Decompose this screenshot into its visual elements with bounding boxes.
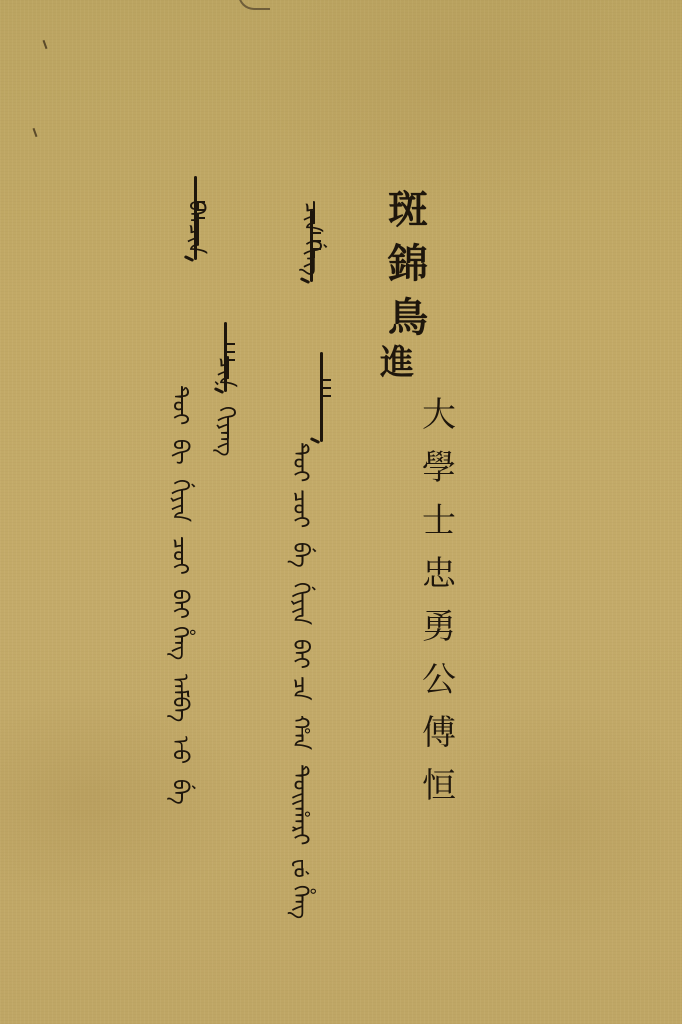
submitted-char: 進 xyxy=(380,346,414,380)
manchu-column-5: ᡨᡠᡳ ᠪᡳ ᡤᡳᠶᡳᠨ ᠴᠣᡳ ᠪᠠᡳ ᡥᡝᠩ ᠠᠮᠪᠠ ᡝᠣ ᠪᡝ xyxy=(160,385,198,818)
manchu-word: ᡨᡠᡳ xyxy=(160,385,198,425)
manchu-word: ᠪᡳ xyxy=(160,439,198,465)
stray-ink-mark xyxy=(33,128,38,137)
silk-scroll: 斑 錦 鳥 進 大 學 士 忠 勇 公 傅 恒 ᠴᡳᠨ ᡤᡳᠩ ᠪᠠᠨᠴᡳᠨ ᠴ… xyxy=(0,0,682,1024)
official-char: 學 xyxy=(422,451,456,485)
title-char: 斑 xyxy=(388,190,428,230)
manchu-word: ᠪᡝ xyxy=(160,779,198,805)
manchu-word: ᡨᡠᡳᡥᠠᡵᡳ xyxy=(281,764,319,845)
manchu-word: ᡥᠠᠨ xyxy=(281,715,319,750)
stray-ink-mark xyxy=(43,40,48,49)
official-char: 公 xyxy=(422,663,456,697)
manchu-word: ᡤᡳᠶᡳᠨ xyxy=(160,479,198,522)
manchu-column-3: ᠴᡳᠨ᠋ ᡴᡳᠶᠠᠩ xyxy=(206,355,244,470)
manchu-word: ᠴᠣᡳ xyxy=(160,536,198,575)
manchu-title-column-1: ᠪᠠᠨᠴᡳᠨ xyxy=(176,200,214,260)
manchu-word: ᠪᠠᡳ ᡥᡝᠩ xyxy=(160,589,198,660)
manchu-stroke xyxy=(310,210,313,282)
manchu-stroke xyxy=(224,322,227,392)
title-char: 鳥 xyxy=(388,298,428,338)
official-char: 士 xyxy=(422,504,456,538)
manchu-word: ᠪᠠᡳ ᠴᠠ xyxy=(281,639,319,701)
manchu-word: ᡤᡳᠶᡳᠨ xyxy=(281,582,319,625)
official-char: 忠 xyxy=(422,557,456,591)
chinese-official-column: 大 學 士 忠 勇 公 傅 恒 xyxy=(422,398,456,803)
manchu-stroke xyxy=(194,176,197,260)
official-char: 傅 xyxy=(422,716,456,750)
manchu-word: ᡶᡠ ᡥᡝᠩ xyxy=(281,859,319,919)
official-char: 大 xyxy=(422,398,456,432)
manchu-word: ᡝᠣ xyxy=(160,736,198,764)
manchu-column-4: ᡨᡠᡳ ᠴᠣᡳ ᠪᡝ ᡤᡳᠶᡳᠨ ᠪᠠᡳ ᠴᠠ ᡥᠠᠨ ᡨᡠᡳᡥᠠᡵᡳ ᡶᡠ ᡥ… xyxy=(276,352,323,933)
manchu-word: ᠠᠮᠪᠠ xyxy=(160,674,198,722)
manchu-stroke xyxy=(320,352,323,442)
chinese-title-column: 斑 錦 鳥 xyxy=(388,190,428,338)
manchu-word: ᡴᡳᠶᠠᠩ xyxy=(206,406,244,457)
manchu-word: ᠪᡝ xyxy=(281,542,319,568)
manchu-title-column-2: ᠴᡳᠨ ᡤᡳᠩ xyxy=(292,200,330,282)
painting-brushstroke-fragment xyxy=(238,0,270,10)
manchu-word: ᡨᡠᡳ ᠴᠣᡳ xyxy=(281,442,319,528)
title-char: 錦 xyxy=(388,244,428,284)
official-char: 勇 xyxy=(422,610,456,644)
official-char: 恒 xyxy=(422,769,456,803)
